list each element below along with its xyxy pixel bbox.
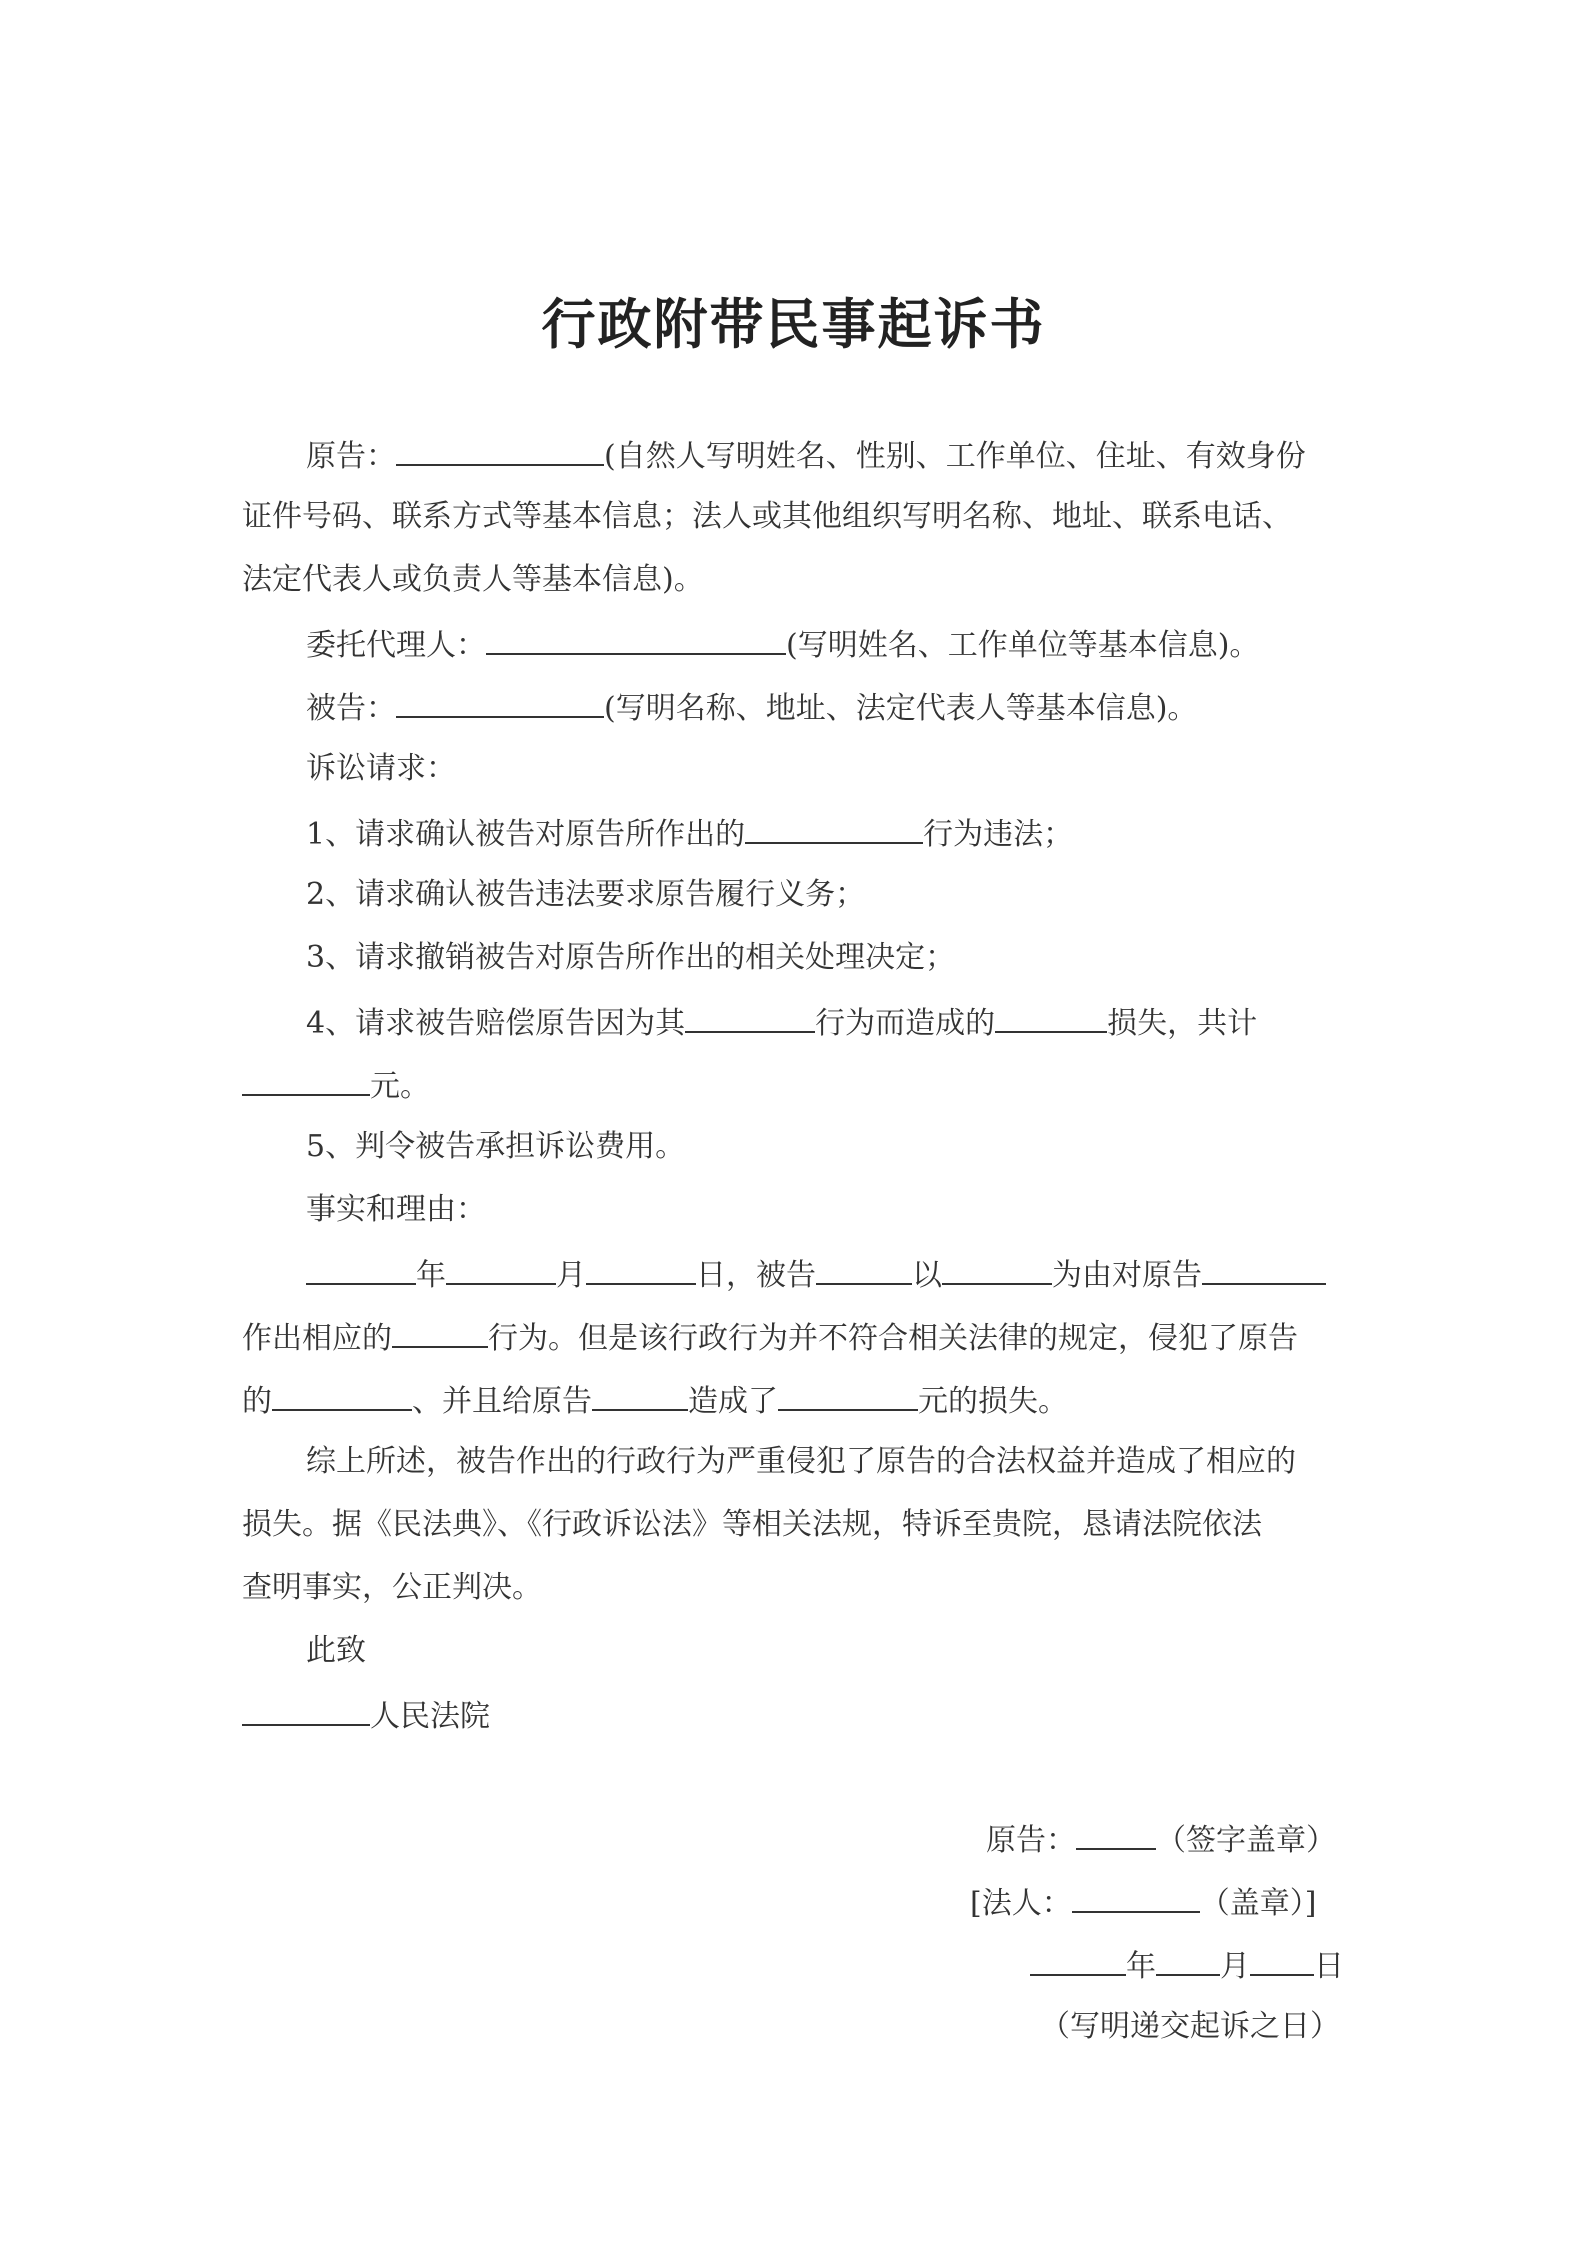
- facts-act-blank[interactable]: [392, 1316, 488, 1348]
- signature-plaintiff: 原告：（签字盖章）: [986, 1818, 1336, 1861]
- claim-item-1: 1、请求确认被告对原告所作出的行为违法；: [306, 812, 1073, 855]
- facts-p2-text-b: 行为。但是该行政行为并不符合相关法律的规定，侵犯了原告: [488, 1321, 1298, 1356]
- facts-month-label: 月: [556, 1258, 586, 1293]
- agent-line: 委托代理人：(写明姓名、工作单位等基本信息)。: [306, 623, 1259, 666]
- facts-with-label: 以: [912, 1258, 942, 1293]
- salutation: 此致: [306, 1631, 366, 1671]
- claim-4-text: 4、请求被告赔偿原告因为其: [306, 1006, 685, 1041]
- claim-item-2: 2、请求确认被告违法要求原告履行义务；: [306, 875, 865, 915]
- facts-plaintiff-blank[interactable]: [1202, 1253, 1326, 1285]
- signature-day-blank[interactable]: [1250, 1944, 1314, 1976]
- facts-p3-text: 的: [242, 1384, 272, 1419]
- agent-hint: (写明姓名、工作单位等基本信息)。: [786, 628, 1259, 663]
- facts-para-2: 作出相应的行为。但是该行政行为并不符合相关法律的规定，侵犯了原告: [242, 1316, 1298, 1359]
- claim-4-blank-act[interactable]: [685, 1001, 815, 1033]
- defendant-line: 被告：(写明名称、地址、法定代表人等基本信息)。: [306, 686, 1197, 729]
- claim-item-3: 3、请求撤销被告对原告所作出的相关处理决定；: [306, 938, 955, 978]
- signature-plaintiff-hint: （签字盖章）: [1156, 1823, 1336, 1858]
- signature-legal-hint: （盖章）]: [1200, 1886, 1317, 1921]
- claim-1-text-end: 行为违法；: [923, 817, 1073, 852]
- signature-month-blank[interactable]: [1156, 1944, 1220, 1976]
- agent-blank[interactable]: [486, 623, 786, 655]
- summary-line-1: 综上所述，被告作出的行政行为严重侵犯了原告的合法权益并造成了相应的: [306, 1442, 1296, 1482]
- agent-label: 委托代理人：: [306, 628, 486, 663]
- court-line: 人民法院: [242, 1694, 490, 1737]
- defendant-hint: (写明名称、地址、法定代表人等基本信息)。: [604, 691, 1197, 726]
- facts-defendant-blank[interactable]: [816, 1253, 912, 1285]
- facts-p3-text-d: 元的损失。: [918, 1384, 1068, 1419]
- claim-4-text-b: 行为而造成的: [815, 1006, 995, 1041]
- plaintiff-hint-line2: 证件号码、联系方式等基本信息；法人或其他组织写明名称、地址、联系电话、: [242, 497, 1292, 537]
- plaintiff-label: 原告：: [306, 439, 396, 474]
- defendant-blank[interactable]: [396, 686, 604, 718]
- facts-rights-blank[interactable]: [272, 1379, 412, 1411]
- claim-4-blank-loss[interactable]: [995, 1001, 1107, 1033]
- signature-year-label: 年: [1126, 1949, 1156, 1984]
- claim-4-text-c: 损失，共计: [1107, 1006, 1257, 1041]
- claim-item-4-cont: 元。: [242, 1064, 430, 1107]
- claim-1-text: 1、请求确认被告对原告所作出的: [306, 817, 745, 852]
- signature-year-blank[interactable]: [1030, 1944, 1126, 1976]
- facts-reason-blank[interactable]: [942, 1253, 1052, 1285]
- facts-day-label: 日，被告: [696, 1258, 816, 1293]
- summary-line-2: 损失。据《民法典》、《行政诉讼法》等相关法规，特诉至贵院，恳请法院依法: [242, 1505, 1262, 1545]
- facts-year-blank[interactable]: [306, 1253, 416, 1285]
- document-title: 行政附带民事起诉书: [0, 282, 1587, 359]
- facts-harm-blank[interactable]: [592, 1379, 688, 1411]
- facts-month-blank[interactable]: [446, 1253, 556, 1285]
- facts-p3-text-b: 、并且给原告: [412, 1384, 592, 1419]
- plaintiff-line: 原告：(自然人写明姓名、性别、工作单位、住址、有效身份: [306, 434, 1306, 477]
- court-label: 人民法院: [370, 1699, 490, 1734]
- defendant-label: 被告：: [306, 691, 396, 726]
- claim-item-4: 4、请求被告赔偿原告因为其行为而造成的损失，共计: [306, 1001, 1257, 1044]
- signature-date: 年月日: [1030, 1944, 1344, 1987]
- claim-4-text-d: 元。: [370, 1069, 430, 1104]
- plaintiff-blank[interactable]: [396, 434, 604, 466]
- claim-item-5: 5、判令被告承担诉讼费用。: [306, 1127, 685, 1167]
- court-blank[interactable]: [242, 1694, 370, 1726]
- facts-para-1: 年月日，被告以为由对原告: [306, 1253, 1326, 1296]
- signature-date-hint: （写明递交起诉之日）: [1040, 2007, 1340, 2047]
- facts-reason-label: 为由对原告: [1052, 1258, 1202, 1293]
- facts-p3-text-c: 造成了: [688, 1384, 778, 1419]
- signature-legal-label: [法人：: [970, 1886, 1072, 1921]
- signature-day-label: 日: [1314, 1949, 1344, 1984]
- signature-legal-person: [法人：（盖章）]: [970, 1881, 1316, 1924]
- claim-4-blank-amount[interactable]: [242, 1064, 370, 1096]
- facts-heading: 事实和理由：: [306, 1190, 486, 1230]
- facts-amount-blank[interactable]: [778, 1379, 918, 1411]
- facts-p2-text: 作出相应的: [242, 1321, 392, 1356]
- facts-para-3: 的、并且给原告造成了元的损失。: [242, 1379, 1068, 1422]
- facts-year-label: 年: [416, 1258, 446, 1293]
- claim-1-blank[interactable]: [745, 812, 923, 844]
- signature-legal-blank[interactable]: [1072, 1881, 1200, 1913]
- facts-day-blank[interactable]: [586, 1253, 696, 1285]
- signature-month-label: 月: [1220, 1949, 1250, 1984]
- signature-plaintiff-label: 原告：: [986, 1823, 1076, 1858]
- plaintiff-hint: (自然人写明姓名、性别、工作单位、住址、有效身份: [604, 439, 1306, 474]
- signature-plaintiff-blank[interactable]: [1076, 1818, 1156, 1850]
- claims-heading: 诉讼请求：: [306, 749, 456, 789]
- plaintiff-hint-line3: 法定代表人或负责人等基本信息)。: [242, 560, 704, 600]
- summary-line-3: 查明事实，公正判决。: [242, 1568, 542, 1608]
